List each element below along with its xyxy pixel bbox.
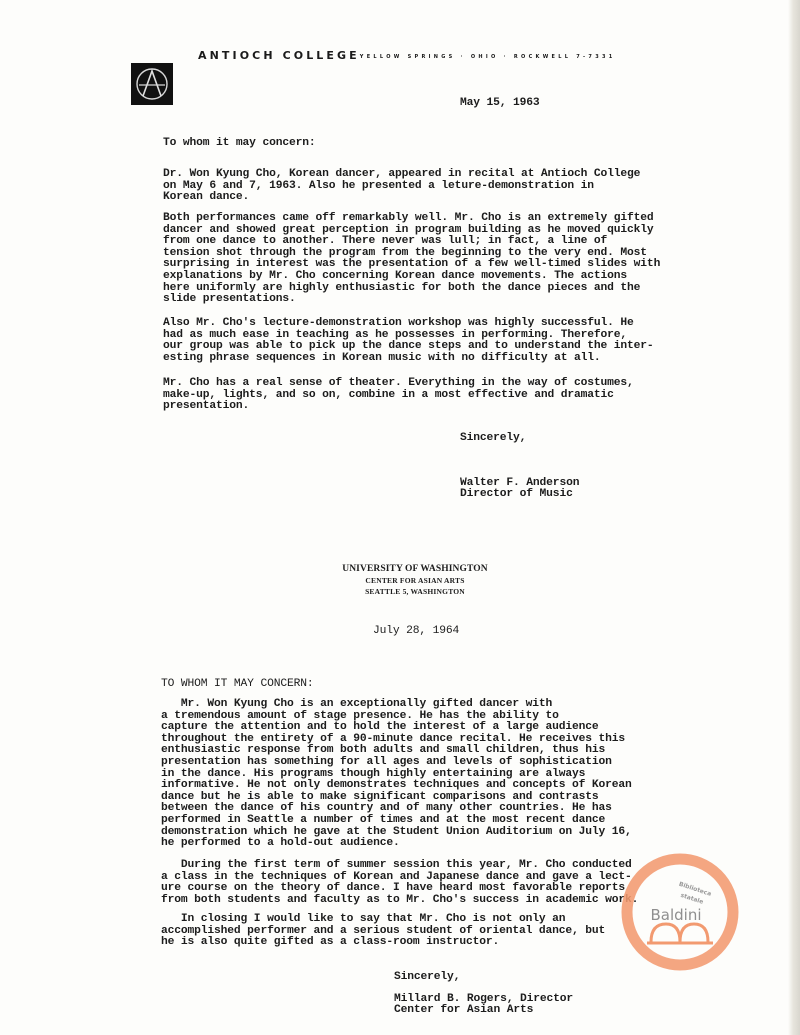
uw-letterhead-line1: UNIVERSITY OF WASHINGTON xyxy=(300,563,530,575)
letter1-date: May 15, 1963 xyxy=(460,98,540,110)
open-book-icon: Biblioteca statale Baldini xyxy=(620,852,740,972)
uw-letterhead-line2: CENTER FOR ASIAN ARTS xyxy=(300,575,530,586)
uw-letterhead: UNIVERSITY OF WASHINGTON CENTER FOR ASIA… xyxy=(300,563,530,597)
letter2-closing: Sincerely, xyxy=(394,972,460,984)
institution-address: YELLOW SPRINGS · OHIO · ROCKWELL 7-7331 xyxy=(360,54,616,60)
letter2-paragraph-3: In closing I would like to say that Mr. … xyxy=(161,914,605,949)
letter1-closing: Sincerely, xyxy=(460,433,526,445)
letter2-paragraph-1: Mr. Won Kyung Cho is an exceptionally gi… xyxy=(161,699,632,850)
letter2-salutation: TO WHOM IT MAY CONCERN: xyxy=(161,679,313,691)
institution-name: ANTIOCH COLLEGE xyxy=(198,49,360,62)
watermark-name: Baldini xyxy=(650,906,701,924)
antioch-logo-icon xyxy=(131,63,173,105)
letter1-paragraph-2: Both performances came off remarkably we… xyxy=(163,213,660,306)
letter1-salutation: To whom it may concern: xyxy=(163,138,315,150)
letter1-paragraph-4: Mr. Cho has a real sense of theater. Eve… xyxy=(163,378,634,413)
letter1-signer-title: Director of Music xyxy=(460,489,573,501)
library-watermark: Biblioteca statale Baldini xyxy=(620,852,740,972)
page-edge-shadow xyxy=(788,0,800,1035)
letter1-paragraph-1: Dr. Won Kyung Cho, Korean dancer, appear… xyxy=(163,169,640,204)
letter2-date: July 28, 1964 xyxy=(373,626,459,638)
letter2-paragraph-2: During the first term of summer session … xyxy=(161,860,638,906)
uw-letterhead-line3: SEATTLE 5, WASHINGTON xyxy=(300,586,530,597)
letter1-paragraph-3: Also Mr. Cho's lecture-demonstration wor… xyxy=(163,318,654,364)
antioch-letterhead: ANTIOCH COLLEGEYELLOW SPRINGS · OHIO · R… xyxy=(198,44,616,63)
letter2-signer-title: Center for Asian Arts xyxy=(394,1005,533,1017)
